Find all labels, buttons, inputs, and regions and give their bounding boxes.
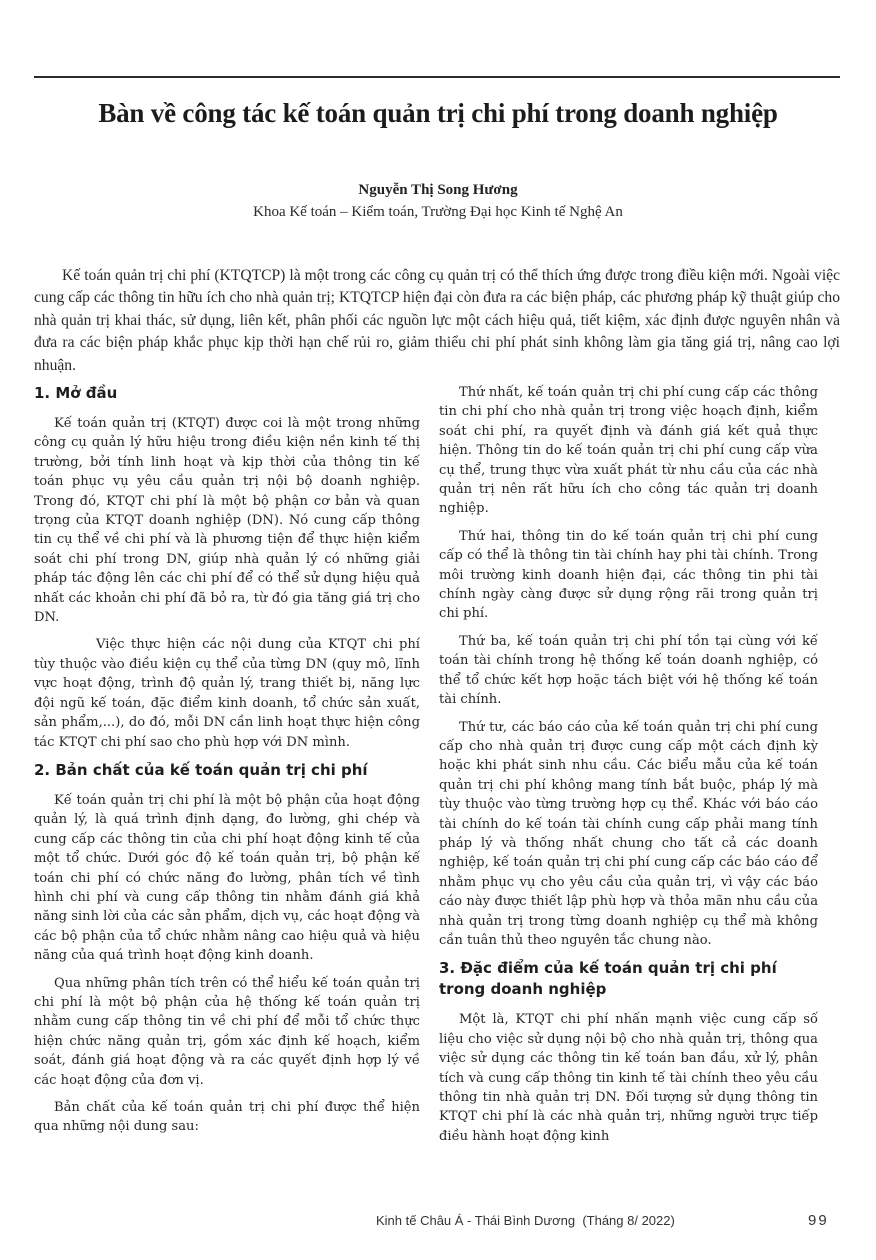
paragraph: Bản chất của kế toán quản trị chi phí đư…	[34, 1098, 420, 1137]
section-3-heading: 3. Đặc điểm của kế toán quản trị chi phí…	[439, 958, 818, 1000]
paragraph: Thứ nhất, kế toán quản trị chi phí cung …	[439, 383, 818, 519]
author-name: Nguyễn Thị Song Hương	[0, 182, 876, 199]
paragraph: Qua những phân tích trên có thể hiểu kế …	[34, 974, 420, 1090]
paragraph: Một là, KTQT chi phí nhấn mạnh việc cung…	[439, 1010, 818, 1146]
article-title: Bàn về công tác kế toán quản trị chi phí…	[0, 98, 876, 129]
paragraph: Kế toán quản trị chi phí là một bộ phận …	[34, 791, 420, 966]
paragraph: Thứ hai, thông tin do kế toán quản trị c…	[439, 527, 818, 624]
paragraph: Việc thực hiện các nội dung của KTQT chi…	[34, 635, 420, 751]
abstract: Kế toán quản trị chi phí (KTQTCP) là một…	[34, 265, 840, 377]
paragraph: Thứ ba, kế toán quản trị chi phí tồn tại…	[439, 632, 818, 710]
left-column: 1. Mở đầu Kế toán quản trị (KTQT) được c…	[34, 383, 420, 1145]
author-affiliation: Khoa Kế toán – Kiểm toán, Trường Đại học…	[0, 204, 876, 221]
paragraph: Kế toán quản trị (KTQT) được coi là một …	[34, 414, 420, 627]
top-rule	[34, 76, 840, 78]
section-2-heading: 2. Bản chất của kế toán quản trị chi phí	[34, 760, 420, 781]
right-column: Thứ nhất, kế toán quản trị chi phí cung …	[439, 383, 818, 1154]
journal-name: Kinh tế Châu Á - Thái Bình Dương (Tháng …	[376, 1213, 675, 1228]
paragraph: Thứ tư, các báo cáo của kế toán quản trị…	[439, 718, 818, 951]
page-number: 99	[808, 1212, 829, 1229]
section-1-heading: 1. Mở đầu	[34, 383, 420, 404]
